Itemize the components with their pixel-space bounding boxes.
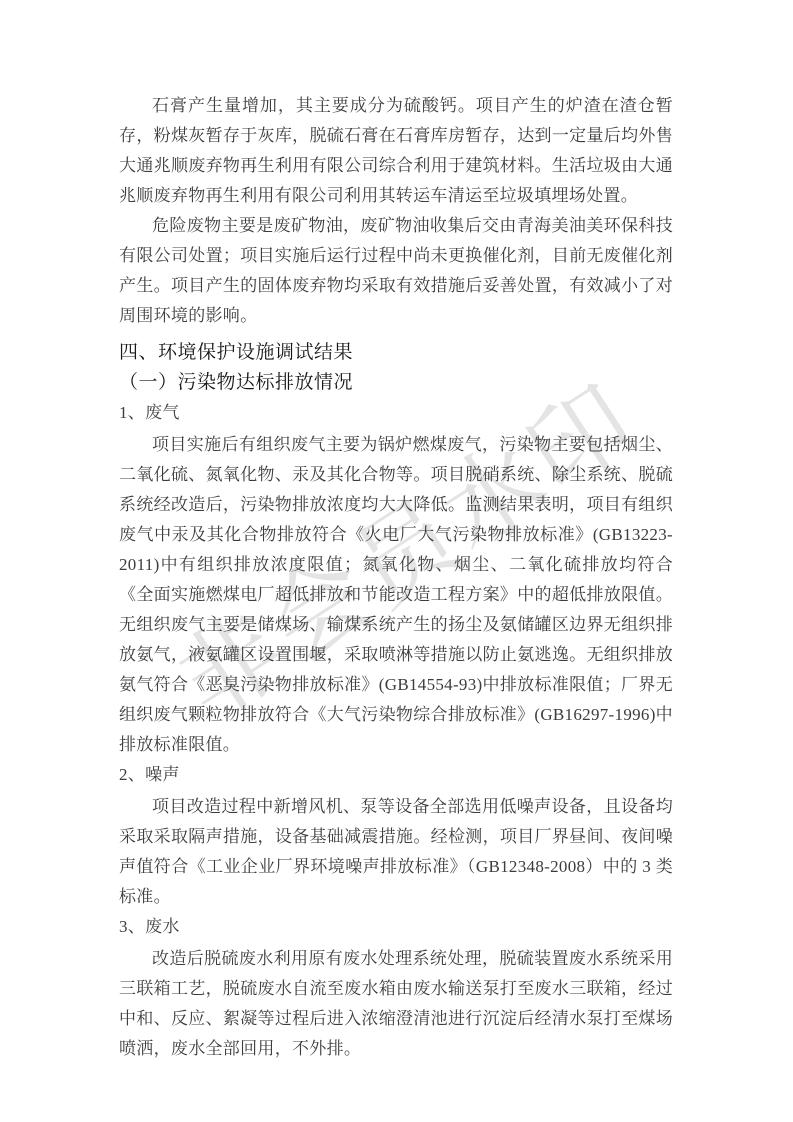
paragraph-hazardous-waste: 危险废物主要是废矿物油，废矿物油收集后交由青海美油美环保科技有限公司处置；项目实… bbox=[119, 211, 673, 331]
paragraph-solid-waste: 石膏产生量增加，其主要成分为硫酸钙。项目产生的炉渣在渣仓暂存，粉煤灰暂存于灰库，… bbox=[119, 91, 673, 211]
item-label-waste-gas: 1、废气 bbox=[119, 398, 673, 428]
section-heading: 四、环境保护设施调试结果 bbox=[119, 338, 673, 368]
paragraph-waste-water: 改造后脱硫废水利用原有废水处理系统处理，脱硫装置废水系统采用三联箱工艺，脱硫废水… bbox=[119, 944, 673, 1064]
document-content: 石膏产生量增加，其主要成分为硫酸钙。项目产生的炉渣在渣仓暂存，粉煤灰暂存于灰库，… bbox=[0, 0, 793, 1064]
paragraph-waste-gas: 项目实施后有组织废气主要为锅炉燃煤废气，污染物主要包括烟尘、二氧化硫、氮氧化物、… bbox=[119, 430, 673, 760]
subsection-heading: （一）污染物达标排放情况 bbox=[119, 368, 673, 398]
paragraph-noise: 项目改造过程中新增风机、泵等设备全部选用低噪声设备，且设备均采取采取隔声措施，设… bbox=[119, 792, 673, 912]
item-label-noise: 2、噪声 bbox=[119, 760, 673, 790]
item-label-waste-water: 3、废水 bbox=[119, 912, 673, 942]
document-page: 非会员水印 石膏产生量增加，其主要成分为硫酸钙。项目产生的炉渣在渣仓暂存，粉煤灰… bbox=[0, 0, 793, 1122]
